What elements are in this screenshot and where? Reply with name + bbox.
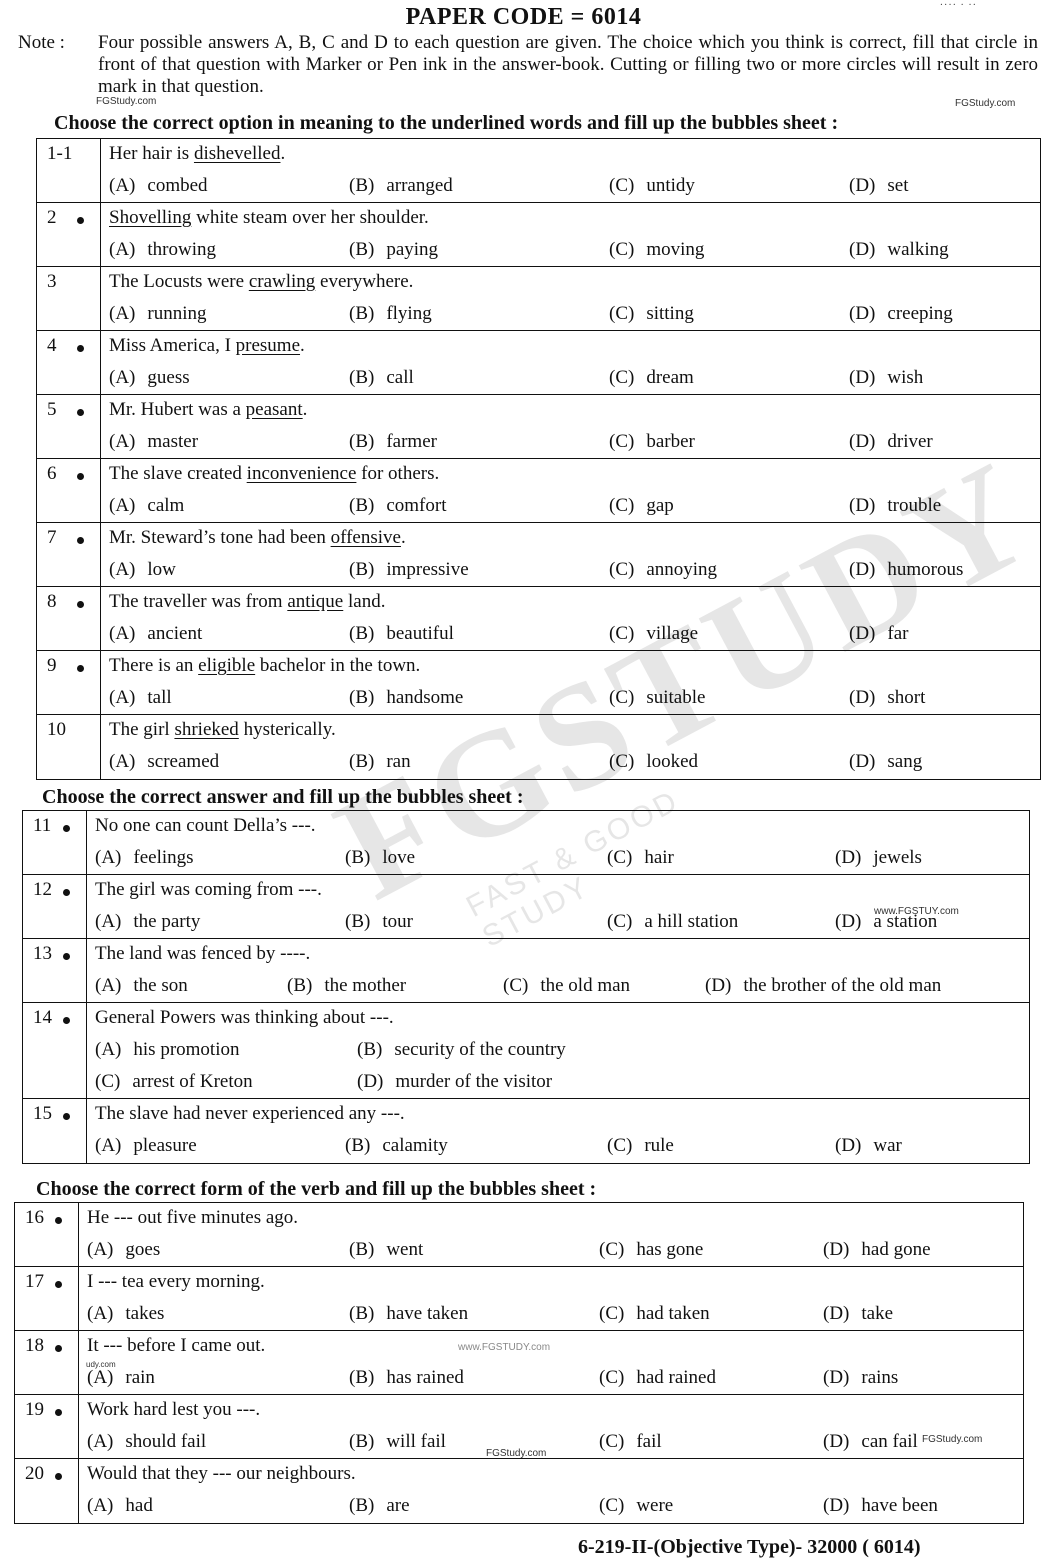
option-text: guess	[147, 367, 189, 388]
option-text: the old man	[540, 975, 630, 996]
answer-option[interactable]: (B)went	[349, 1239, 423, 1261]
answer-option[interactable]: (B)ran	[349, 751, 411, 773]
answer-option[interactable]: (A)calm	[109, 495, 184, 517]
answer-option[interactable]: (C)looked	[609, 751, 698, 773]
question-row: 7Mr. Steward’s tone had been offensive.(…	[37, 523, 1040, 587]
answer-option[interactable]: (D)rains	[823, 1367, 898, 1389]
option-label: (D)	[357, 1071, 383, 1092]
option-text: takes	[125, 1303, 164, 1324]
question-stem: The Locusts were crawling everywhere.	[109, 271, 413, 293]
bullet-dot-icon	[77, 601, 84, 608]
answer-option[interactable]: (A)the son	[95, 975, 188, 997]
option-label: (D)	[849, 431, 875, 452]
bullet-dot-icon	[77, 665, 84, 672]
option-label: (A)	[87, 1239, 113, 1260]
answer-option[interactable]: (B)the mother	[287, 975, 406, 997]
question-stem: He --- out five minutes ago.	[87, 1207, 298, 1229]
answer-option[interactable]: (B)tour	[345, 911, 413, 933]
option-text: had	[125, 1495, 152, 1516]
option-label: (B)	[287, 975, 312, 996]
question-body: Would that they --- our neighbours.(A)ha…	[79, 1459, 1023, 1523]
stem-text: Miss America, I	[109, 335, 236, 356]
option-label: (A)	[87, 1495, 113, 1516]
option-text: master	[147, 431, 198, 452]
stem-text-end: for others.	[356, 463, 439, 484]
answer-option[interactable]: (A)master	[109, 431, 198, 453]
answer-option[interactable]: (C)dream	[609, 367, 694, 389]
question-number: 7	[37, 523, 101, 586]
option-text: feelings	[133, 847, 193, 868]
answer-option[interactable]: (C)were	[599, 1495, 673, 1517]
answer-option[interactable]: (B)handsome	[349, 687, 463, 709]
option-text: jewels	[873, 847, 922, 868]
option-text: humorous	[887, 559, 963, 580]
bullet-dot-icon	[77, 345, 84, 352]
option-text: rains	[861, 1367, 898, 1388]
answer-option[interactable]: (C)fail	[599, 1431, 662, 1453]
answer-option[interactable]: (B)security of the country	[357, 1039, 566, 1061]
answer-option[interactable]: (D)short	[849, 687, 925, 709]
answer-option[interactable]: (C)annoying	[609, 559, 717, 581]
answer-option[interactable]: (D)take	[823, 1303, 893, 1325]
bullet-dot-icon	[63, 889, 70, 896]
question-body: Mr. Hubert was a peasant.(A)master(B)far…	[101, 395, 1040, 458]
question-table: 16He --- out five minutes ago.(A)goes(B)…	[14, 1202, 1024, 1524]
option-label: (A)	[87, 1303, 113, 1324]
stem-text-end: .	[280, 143, 285, 164]
option-label: (C)	[607, 847, 632, 868]
answer-option[interactable]: (D)can fail	[823, 1431, 918, 1453]
question-body: General Powers was thinking about ---.(A…	[87, 1003, 1029, 1098]
answer-option[interactable]: (A)combed	[109, 175, 208, 197]
option-label: (A)	[109, 495, 135, 516]
option-text: beautiful	[386, 623, 454, 644]
option-text: untidy	[646, 175, 695, 196]
bullet-dot-icon	[63, 953, 70, 960]
answer-option[interactable]: (A)throwing	[109, 239, 216, 261]
question-body: No one can count Della’s ---.(A)feelings…	[87, 811, 1029, 874]
answer-option[interactable]: (B)farmer	[349, 431, 437, 453]
option-text: combed	[147, 175, 207, 196]
option-label: (A)	[109, 751, 135, 772]
stem-text: The Locusts were	[109, 271, 249, 292]
bullet-dot-icon	[55, 1473, 62, 1480]
option-label: (C)	[609, 431, 634, 452]
question-number-text: 5	[47, 399, 57, 420]
stem-text-end: .	[303, 399, 308, 420]
option-label: (A)	[95, 1039, 121, 1060]
answer-option[interactable]: (A)rain	[87, 1367, 155, 1389]
answer-option[interactable]: (D)jewels	[835, 847, 922, 869]
answer-option[interactable]: (A)the party	[95, 911, 200, 933]
question-body: It --- before I came out.(A)rain(B)has r…	[79, 1331, 1023, 1394]
stem-text: Work hard lest you ---.	[87, 1399, 260, 1420]
question-number-text: 19	[25, 1399, 44, 1420]
option-label: (C)	[609, 559, 634, 580]
question-stem: Mr. Steward’s tone had been offensive.	[109, 527, 406, 549]
question-number: 19	[15, 1395, 79, 1458]
option-label: (D)	[705, 975, 731, 996]
question-stem: Miss America, I presume.	[109, 335, 305, 357]
question-number: 18	[15, 1331, 79, 1394]
question-row: 9There is an eligible bachelor in the to…	[37, 651, 1040, 715]
question-stem: I --- tea every morning.	[87, 1271, 265, 1293]
options-row: (A)goes(B)went(C)has gone(D)had gone	[87, 1239, 1023, 1265]
answer-option[interactable]: (C)untidy	[609, 175, 695, 197]
question-row: 5Mr. Hubert was a peasant.(A)master(B)fa…	[37, 395, 1040, 459]
answer-option[interactable]: (C)hair	[607, 847, 674, 869]
question-body: The traveller was from antique land.(A)a…	[101, 587, 1040, 650]
option-text: short	[887, 687, 925, 708]
option-text: wish	[887, 367, 923, 388]
answer-option[interactable]: (A)his promotion	[95, 1039, 239, 1061]
answer-option[interactable]: (C)a hill station	[607, 911, 738, 933]
answer-option[interactable]: (C)gap	[609, 495, 674, 517]
answer-option[interactable]: (B)beautiful	[349, 623, 454, 645]
option-text: impressive	[386, 559, 468, 580]
option-label: (A)	[109, 175, 135, 196]
answer-option[interactable]: (A)had	[87, 1495, 153, 1517]
underlined-word: shrieked	[174, 719, 238, 740]
stem-text: The slave had never experienced any ---.	[95, 1103, 405, 1124]
underlined-word: offensive	[331, 527, 401, 548]
question-number: 20	[15, 1459, 79, 1523]
option-text: calamity	[382, 1135, 447, 1156]
question-number: 4	[37, 331, 101, 394]
question-number-text: 7	[47, 527, 57, 548]
stem-text: Mr. Hubert was a	[109, 399, 246, 420]
options-row: (A)tall(B)handsome(C)suitable(D)short	[109, 687, 1040, 713]
options-row: (A)pleasure(B)calamity(C)rule(D)war	[95, 1135, 1029, 1161]
bullet-dot-icon	[55, 1345, 62, 1352]
answer-option[interactable]: (D)sang	[849, 751, 922, 773]
watermark-site-right: FGStudy.com	[955, 98, 1015, 109]
answer-option[interactable]: (A)pleasure	[95, 1135, 197, 1157]
answer-option[interactable]: (D)had gone	[823, 1239, 931, 1261]
answer-option[interactable]: (D)have been	[823, 1495, 938, 1517]
options-row: (A)guess(B)call(C)dream(D)wish	[109, 367, 1040, 393]
option-label: (D)	[849, 303, 875, 324]
option-label: (B)	[349, 623, 374, 644]
option-label: (B)	[349, 559, 374, 580]
stem-text: No one can count Della’s ---.	[95, 815, 316, 836]
question-number: 9	[37, 651, 101, 714]
answer-option[interactable]: (B)will fail	[349, 1431, 446, 1453]
bullet-dot-icon	[55, 1217, 62, 1224]
option-text: low	[147, 559, 176, 580]
answer-option[interactable]: (C)arrest of Kreton	[95, 1071, 253, 1093]
question-stem: The girl shrieked hysterically.	[109, 719, 336, 741]
option-text: the son	[133, 975, 187, 996]
answer-option[interactable]: (D)murder of the visitor	[357, 1071, 552, 1093]
question-stem: It --- before I came out.	[87, 1335, 265, 1357]
option-text: security of the country	[394, 1039, 565, 1060]
option-text: suitable	[646, 687, 705, 708]
option-label: (C)	[609, 495, 634, 516]
option-label: (D)	[823, 1367, 849, 1388]
question-body: There is an eligible bachelor in the tow…	[101, 651, 1040, 714]
answer-option[interactable]: (D)war	[835, 1135, 902, 1157]
watermark-fragment: udy.com	[86, 1360, 116, 1369]
question-number-text: 18	[25, 1335, 44, 1356]
paper-footer: 6-219-II-(Objective Type)- 32000 ( 6014)	[578, 1536, 921, 1559]
answer-option[interactable]: (B)arranged	[349, 175, 453, 197]
underlined-word: presume	[236, 335, 300, 356]
question-row: 14General Powers was thinking about ---.…	[23, 1003, 1029, 1099]
option-label: (D)	[849, 623, 875, 644]
answer-option[interactable]: (D)humorous	[849, 559, 963, 581]
underlined-word: inconvenience	[247, 463, 357, 484]
answer-option[interactable]: (D)driver	[849, 431, 933, 453]
answer-option[interactable]: (B)love	[345, 847, 415, 869]
option-label: (A)	[87, 1431, 113, 1452]
question-number: 14	[23, 1003, 87, 1098]
option-text: handsome	[386, 687, 463, 708]
answer-option[interactable]: (B)comfort	[349, 495, 446, 517]
option-label: (B)	[349, 1303, 374, 1324]
option-text: dream	[646, 367, 693, 388]
answer-option[interactable]: (C)village	[609, 623, 698, 645]
question-body: The slave created inconvenience for othe…	[101, 459, 1040, 522]
question-body: Her hair is dishevelled.(A)combed(B)arra…	[101, 139, 1040, 202]
option-text: creeping	[887, 303, 952, 324]
option-text: screamed	[147, 751, 219, 772]
paper-code: PAPER CODE = 6014	[0, 4, 1047, 31]
section-title: Choose the correct answer and fill up th…	[42, 786, 523, 809]
bullet-dot-icon	[77, 537, 84, 544]
bullet-dot-icon	[63, 825, 70, 832]
question-stem: The slave had never experienced any ---.	[95, 1103, 405, 1125]
bullet-dot-icon	[77, 473, 84, 480]
watermark-site-left: FGStudy.com	[96, 96, 156, 107]
answer-option[interactable]: (C)had taken	[599, 1303, 710, 1325]
answer-option[interactable]: (D)walking	[849, 239, 949, 261]
question-body: Work hard lest you ---.(A)should fail(B)…	[79, 1395, 1023, 1458]
watermark-row19-mid: FGStudy.com	[486, 1448, 546, 1459]
option-label: (C)	[599, 1495, 624, 1516]
question-row: 18It --- before I came out.(A)rain(B)has…	[15, 1331, 1023, 1395]
answer-option[interactable]: (B)has rained	[349, 1367, 464, 1389]
bullet-dot-icon	[63, 1017, 70, 1024]
answer-option[interactable]: (D)far	[849, 623, 908, 645]
answer-option[interactable]: (A)running	[109, 303, 207, 325]
stem-text: The land was fenced by ----.	[95, 943, 310, 964]
question-number-text: 15	[33, 1103, 52, 1124]
question-body: Shovelling white steam over her shoulder…	[101, 203, 1040, 266]
option-text: a hill station	[644, 911, 738, 932]
answer-option[interactable]: (D)wish	[849, 367, 923, 389]
option-text: looked	[646, 751, 698, 772]
question-number-text: 12	[33, 879, 52, 900]
answer-option[interactable]: (C)had rained	[599, 1367, 716, 1389]
question-stem: The girl was coming from ---.	[95, 879, 322, 901]
question-table: 11No one can count Della’s ---.(A)feelin…	[22, 810, 1030, 1164]
option-label: (D)	[849, 559, 875, 580]
watermark-row19-right: FGStudy.com	[922, 1434, 982, 1445]
option-text: went	[386, 1239, 423, 1260]
option-text: flying	[386, 303, 431, 324]
answer-option[interactable]: (A)ancient	[109, 623, 202, 645]
option-text: far	[887, 623, 908, 644]
answer-option[interactable]: (C)barber	[609, 431, 695, 453]
answer-option[interactable]: (A)should fail	[87, 1431, 206, 1453]
option-label: (D)	[823, 1303, 849, 1324]
option-label: (D)	[835, 1135, 861, 1156]
option-text: fail	[636, 1431, 661, 1452]
option-text: have been	[861, 1495, 937, 1516]
option-text: village	[646, 623, 698, 644]
option-label: (B)	[357, 1039, 382, 1060]
option-label: (D)	[823, 1495, 849, 1516]
option-text: the brother of the old man	[743, 975, 941, 996]
answer-option[interactable]: (D)set	[849, 175, 909, 197]
answer-option[interactable]: (A)screamed	[109, 751, 219, 773]
answer-option[interactable]: (B)have taken	[349, 1303, 468, 1325]
question-row: 13The land was fenced by ----.(A)the son…	[23, 939, 1029, 1003]
question-stem: Shovelling white steam over her shoulder…	[109, 207, 429, 229]
answer-option[interactable]: (A)takes	[87, 1303, 164, 1325]
option-label: (D)	[849, 175, 875, 196]
question-body: I --- tea every morning.(A)takes(B)have …	[79, 1267, 1023, 1330]
option-text: gap	[646, 495, 673, 516]
option-label: (C)	[607, 1135, 632, 1156]
question-row: 6The slave created inconvenience for oth…	[37, 459, 1040, 523]
question-body: Mr. Steward’s tone had been offensive.(A…	[101, 523, 1040, 586]
option-text: call	[386, 367, 413, 388]
answer-option[interactable]: (D)creeping	[849, 303, 953, 325]
option-label: (B)	[345, 847, 370, 868]
question-stem: Her hair is dishevelled.	[109, 143, 285, 165]
answer-option[interactable]: (A)low	[109, 559, 176, 581]
question-number: 10	[37, 715, 101, 779]
option-label: (B)	[345, 1135, 370, 1156]
option-text: calm	[147, 495, 184, 516]
option-label: (D)	[849, 239, 875, 260]
option-text: running	[147, 303, 206, 324]
option-label: (B)	[349, 303, 374, 324]
option-text: driver	[887, 431, 932, 452]
stem-text-end: white steam over her shoulder.	[191, 207, 428, 228]
answer-option[interactable]: (B)flying	[349, 303, 432, 325]
answer-option[interactable]: (B)calamity	[345, 1135, 448, 1157]
question-number-text: 1-1	[47, 143, 72, 164]
option-label: (B)	[349, 431, 374, 452]
question-number: 15	[23, 1099, 87, 1163]
stem-text: The girl was coming from ---.	[95, 879, 322, 900]
options-row: (A)master(B)farmer(C)barber(D)driver	[109, 431, 1040, 457]
option-label: (B)	[349, 1239, 374, 1260]
question-number-text: 9	[47, 655, 57, 676]
option-text: arrest of Kreton	[132, 1071, 252, 1092]
option-text: tall	[147, 687, 171, 708]
section-title: Choose the correct form of the verb and …	[36, 1178, 596, 1201]
option-label: (A)	[95, 1135, 121, 1156]
answer-option[interactable]: (A)guess	[109, 367, 190, 389]
option-label: (B)	[349, 1367, 374, 1388]
answer-option[interactable]: (A)tall	[109, 687, 172, 709]
question-stem: No one can count Della’s ---.	[95, 815, 316, 837]
question-number: 17	[15, 1267, 79, 1330]
stem-text: General Powers was thinking about ---.	[95, 1007, 394, 1028]
answer-option[interactable]: (D)the brother of the old man	[705, 975, 941, 997]
option-text: the party	[133, 911, 200, 932]
option-label: (A)	[109, 367, 135, 388]
answer-option[interactable]: (A)goes	[87, 1239, 160, 1261]
stem-text: There is an	[109, 655, 198, 676]
option-text: love	[382, 847, 415, 868]
option-text: throwing	[147, 239, 216, 260]
option-text: paying	[386, 239, 438, 260]
answer-option[interactable]: (D)trouble	[849, 495, 941, 517]
question-number: 5	[37, 395, 101, 458]
answer-option[interactable]: (B)call	[349, 367, 414, 389]
options-row: (A)his promotion(B)security of the count…	[95, 1039, 1029, 1065]
question-number: 11	[23, 811, 87, 874]
option-text: murder of the visitor	[395, 1071, 552, 1092]
option-text: pleasure	[133, 1135, 196, 1156]
option-text: the mother	[324, 975, 406, 996]
option-text: has gone	[636, 1239, 703, 1260]
stem-text: Her hair is	[109, 143, 194, 164]
question-number-text: 4	[47, 335, 57, 356]
option-label: (B)	[349, 1431, 374, 1452]
answer-option[interactable]: (C)sitting	[609, 303, 694, 325]
stem-text: Mr. Steward’s tone had been	[109, 527, 331, 548]
answer-option[interactable]: (C)moving	[609, 239, 704, 261]
option-label: (B)	[349, 367, 374, 388]
answer-option[interactable]: (B)impressive	[349, 559, 469, 581]
options-row: (A)throwing(B)paying(C)moving(D)walking	[109, 239, 1040, 265]
option-label: (A)	[95, 847, 121, 868]
answer-option[interactable]: (C)rule	[607, 1135, 674, 1157]
underlined-word: crawling	[249, 271, 315, 292]
question-row: 11No one can count Della’s ---.(A)feelin…	[23, 811, 1029, 875]
option-label: (C)	[609, 175, 634, 196]
option-label: (C)	[607, 911, 632, 932]
question-body: The land was fenced by ----.(A)the son(B…	[87, 939, 1029, 1002]
option-text: should fail	[125, 1431, 206, 1452]
options-row: (C)arrest of Kreton(D)murder of the visi…	[95, 1071, 1029, 1097]
option-text: had rained	[636, 1367, 716, 1388]
answer-option[interactable]: (A)feelings	[95, 847, 194, 869]
stem-text: The traveller was from	[109, 591, 287, 612]
options-row: (A)combed(B)arranged(C)untidy(D)set	[109, 175, 1040, 201]
option-label: (A)	[109, 303, 135, 324]
question-number: 16	[15, 1203, 79, 1266]
underlined-word: Shovelling	[109, 207, 191, 228]
option-text: can fail	[861, 1431, 917, 1452]
answer-option[interactable]: (B)paying	[349, 239, 438, 261]
options-row: (A)takes(B)have taken(C)had taken(D)take	[87, 1303, 1023, 1329]
option-text: sitting	[646, 303, 694, 324]
answer-option[interactable]: (C)has gone	[599, 1239, 703, 1261]
option-text: hair	[644, 847, 674, 868]
answer-option[interactable]: (B)are	[349, 1495, 410, 1517]
option-label: (D)	[823, 1431, 849, 1452]
stem-text: The slave created	[109, 463, 247, 484]
option-label: (A)	[87, 1367, 113, 1388]
watermark-url-faded: www.FGSTUDY.com	[458, 1342, 550, 1353]
answer-option[interactable]: (C)suitable	[609, 687, 705, 709]
option-text: sang	[887, 751, 922, 772]
answer-option[interactable]: (C)the old man	[503, 975, 630, 997]
question-row: 4Miss America, I presume.(A)guess(B)call…	[37, 331, 1040, 395]
stem-text: I --- tea every morning.	[87, 1271, 265, 1292]
question-body: The slave had never experienced any ---.…	[87, 1099, 1029, 1163]
option-text: arranged	[386, 175, 452, 196]
option-text: has rained	[386, 1367, 464, 1388]
option-label: (D)	[849, 367, 875, 388]
